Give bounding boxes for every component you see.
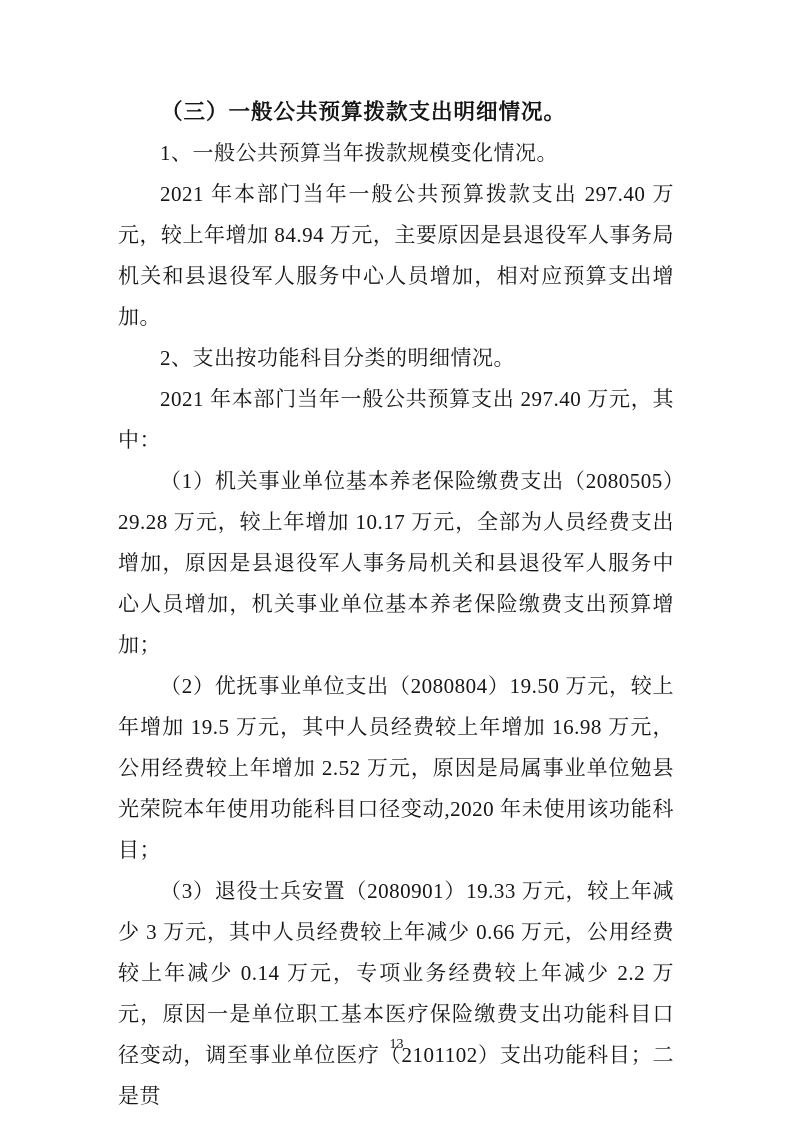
paragraph-function-class-intro: 2021 年本部门当年一般公共预算支出 297.40 万元，其中： [118, 379, 674, 461]
paragraph-function-class-title: 2、支出按功能科目分类的明细情况。 [118, 338, 674, 379]
document-body: （三）一般公共预算拨款支出明细情况。 1、一般公共预算当年拨款规模变化情况。 2… [118, 92, 674, 1117]
paragraph-item-1-pension: （1）机关事业单位基本养老保险缴费支出（2080505）29.28 万元，较上年… [118, 461, 674, 666]
section-heading: （三）一般公共预算拨款支出明细情况。 [118, 92, 674, 133]
document-page: （三）一般公共预算拨款支出明细情况。 1、一般公共预算当年拨款规模变化情况。 2… [0, 0, 793, 1122]
page-number: 13 [0, 1036, 793, 1054]
paragraph-item-2-preferential-care: （2）优抚事业单位支出（2080804）19.50 万元，较上年增加 19.5 … [118, 666, 674, 871]
paragraph-scale-change-detail: 2021 年本部门当年一般公共预算拨款支出 297.40 万元，较上年增加 84… [118, 174, 674, 338]
paragraph-scale-change-title: 1、一般公共预算当年拨款规模变化情况。 [118, 133, 674, 174]
paragraph-item-3-veteran-resettlement: （3）退役士兵安置（2080901）19.33 万元，较上年减少 3 万元，其中… [118, 871, 674, 1117]
